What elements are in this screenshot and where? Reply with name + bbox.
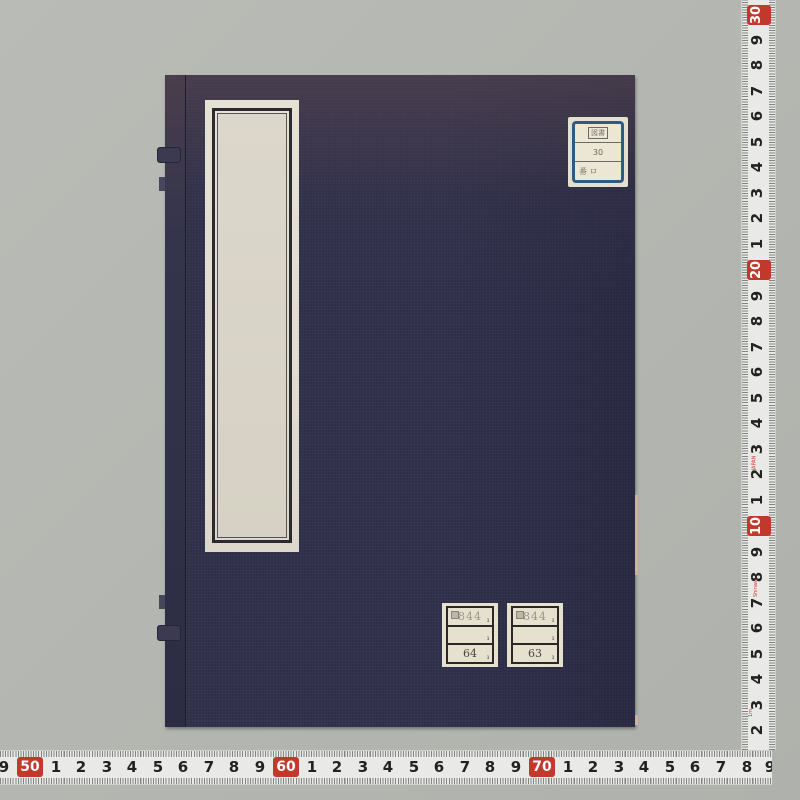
ruler-label: 6 xyxy=(747,618,771,638)
page-edge xyxy=(635,495,638,575)
ruler-label: 6 xyxy=(747,362,771,382)
ruler-brand-mark: 1m xyxy=(748,709,754,717)
binding-stitch xyxy=(159,177,165,191)
ruler-label: 1 xyxy=(44,757,68,777)
ruler-label: 1 xyxy=(300,757,324,777)
call-label-grid: 844 ı ı 63 ı xyxy=(511,606,559,664)
ruler-label: 2 xyxy=(747,208,771,228)
ruler-brand-mark: JAPAN xyxy=(751,456,757,471)
ruler-label: 4 xyxy=(120,757,144,777)
catalog-note: 番 ロ xyxy=(579,166,598,177)
title-slip-frame xyxy=(212,108,292,543)
catalog-stamp: 図書 xyxy=(588,127,608,139)
book-cover: 図書 30 番 ロ 844 ı ı 64 ı xyxy=(165,75,635,727)
tick-mark: ı xyxy=(487,654,489,661)
ruler-label: 10 xyxy=(747,516,771,536)
ruler-label: 7 xyxy=(453,757,477,777)
horizontal-ruler: 9501234567896012345678970123456789 xyxy=(0,750,772,785)
ruler-label: 6 xyxy=(427,757,451,777)
binding-tie-top xyxy=(157,147,181,163)
ruler-label: 8 xyxy=(747,55,771,75)
ruler-label: 6 xyxy=(171,757,195,777)
ruler-label: 6 xyxy=(747,106,771,126)
ruler-label: 1 xyxy=(747,234,771,254)
ruler-label: 8 xyxy=(747,311,771,331)
tick-mark: ı xyxy=(552,617,554,624)
vertical-ruler: 30987654321209876543211098765432JAPANShi… xyxy=(741,0,776,750)
call-label-class-cell: 844 ı xyxy=(448,608,492,627)
tick-mark: ı xyxy=(487,635,489,642)
ruler-label: 9 xyxy=(747,286,771,306)
stamp-square-icon xyxy=(516,611,524,619)
call-label-grid: 844 ı ı 64 ı xyxy=(446,606,494,664)
binding-stitch xyxy=(159,595,165,609)
class-number: 844 xyxy=(523,610,547,623)
ruler-label: 7 xyxy=(747,81,771,101)
ruler-label: 2 xyxy=(581,757,605,777)
tick-mark: ı xyxy=(552,635,554,642)
ruler-label: 3 xyxy=(351,757,375,777)
call-label-class-cell: 844 ı xyxy=(513,608,557,627)
ruler-label: 9 xyxy=(747,30,771,50)
ruler-label: 8 xyxy=(478,757,502,777)
ruler-label: 30 xyxy=(747,5,771,25)
ruler-label: 4 xyxy=(632,757,656,777)
ruler-label: 2 xyxy=(325,757,349,777)
volume-number: 63 xyxy=(528,647,542,660)
ruler-label: 2 xyxy=(69,757,93,777)
ruler-label: 5 xyxy=(747,388,771,408)
call-number-label: 844 ı ı 64 ı xyxy=(442,603,498,667)
ruler-label: 1 xyxy=(747,490,771,510)
call-label-volume-cell: 64 ı xyxy=(448,645,492,662)
volume-number: 64 xyxy=(463,647,477,660)
ruler-label: 5 xyxy=(146,757,170,777)
call-number-label: 844 ı ı 63 ı xyxy=(507,603,563,667)
ruler-label: 9 xyxy=(747,542,771,562)
ruler-label: 5 xyxy=(658,757,682,777)
ruler-label: 8 xyxy=(735,757,759,777)
ruler-label: 9 xyxy=(248,757,272,777)
ruler-ticks xyxy=(0,778,772,784)
ruler-label: 2 xyxy=(747,720,771,740)
ruler-label: 6 xyxy=(683,757,707,777)
ruler-label: 50 xyxy=(17,757,43,777)
catalog-label-row: 番 ロ xyxy=(575,162,621,180)
ruler-label: 4 xyxy=(747,413,771,433)
catalog-label-row: 図書 xyxy=(575,124,621,143)
ruler-label: 1 xyxy=(556,757,580,777)
call-label-middle-cell: ı xyxy=(448,627,492,646)
ruler-label: 4 xyxy=(747,669,771,689)
tick-mark: ı xyxy=(487,617,489,624)
ruler-label: 5 xyxy=(747,132,771,152)
call-label-volume-cell: 63 ı xyxy=(513,645,557,662)
catalog-label-row: 30 xyxy=(575,143,621,162)
catalog-label: 図書 30 番 ロ xyxy=(568,117,628,187)
ruler-label: 70 xyxy=(529,757,555,777)
ruler-label: 4 xyxy=(376,757,400,777)
ruler-label: 20 xyxy=(747,260,771,280)
ruler-label: 3 xyxy=(95,757,119,777)
class-number: 844 xyxy=(458,610,482,623)
page-edge xyxy=(635,715,638,725)
catalog-label-box: 図書 30 番 ロ xyxy=(572,121,624,183)
tick-mark: ı xyxy=(552,654,554,661)
ruler-label: 9 xyxy=(504,757,528,777)
ruler-label: 4 xyxy=(747,157,771,177)
ruler-label: 60 xyxy=(273,757,299,777)
ruler-label: 7 xyxy=(747,337,771,357)
call-label-middle-cell: ı xyxy=(513,627,557,646)
ruler-label: 7 xyxy=(709,757,733,777)
ruler-label: 5 xyxy=(747,644,771,664)
ruler-label: 7 xyxy=(197,757,221,777)
ruler-label: 9 xyxy=(758,757,772,777)
binding-tie-bottom xyxy=(157,625,181,641)
ruler-label: 3 xyxy=(607,757,631,777)
catalog-number: 30 xyxy=(593,148,603,157)
ruler-label: 8 xyxy=(222,757,246,777)
title-slip-blank xyxy=(217,113,287,538)
stamp-square-icon xyxy=(451,611,459,619)
ruler-label: 5 xyxy=(402,757,426,777)
ruler-labels: 9501234567896012345678970123456789 xyxy=(0,757,772,777)
title-slip xyxy=(205,100,299,552)
ruler-label: 3 xyxy=(747,183,771,203)
ruler-label: 9 xyxy=(0,757,16,777)
ruler-brand-mark: Shinwa xyxy=(753,579,759,597)
